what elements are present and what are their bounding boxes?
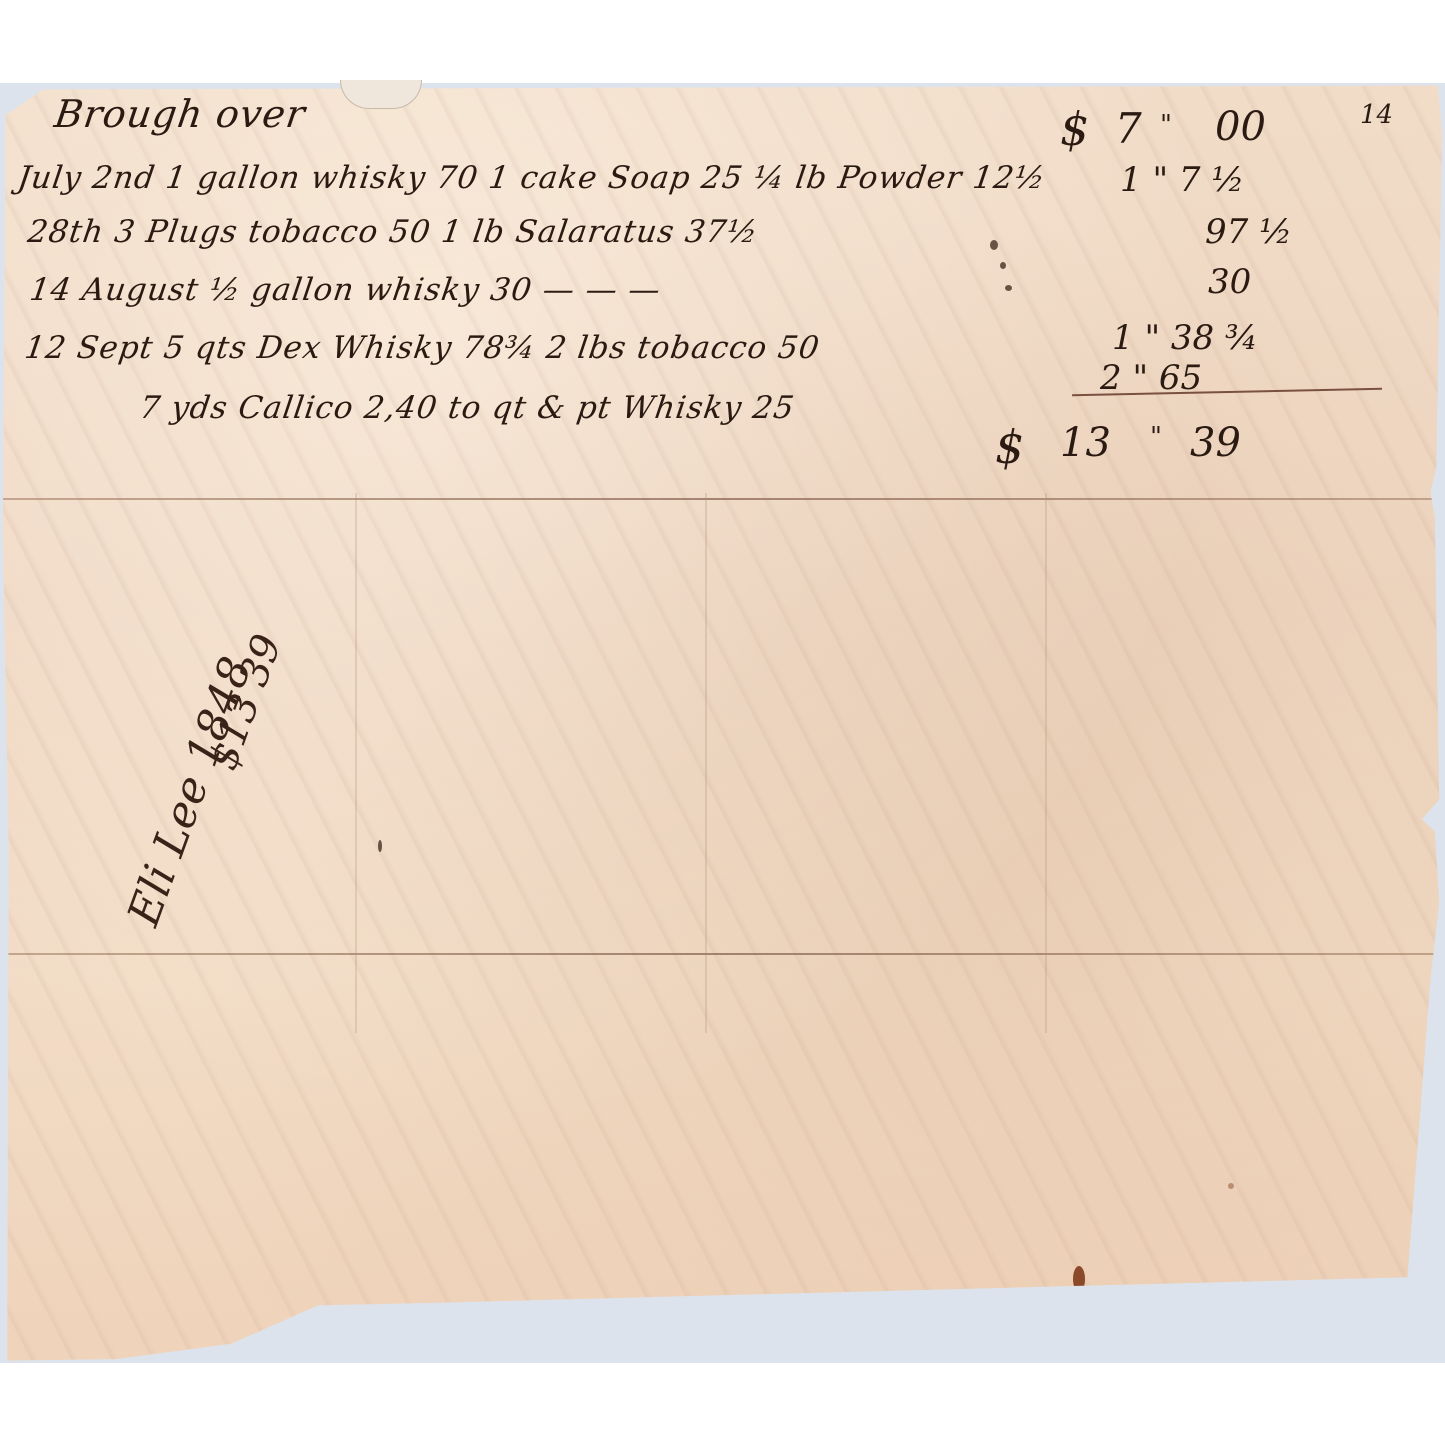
entry-amount-2: 97 ½ — [1205, 212, 1292, 252]
fold-line-left — [355, 493, 357, 1033]
entry-amount-3: 30 — [1208, 262, 1251, 302]
fold-line-center — [705, 493, 707, 1033]
entry-amount-1: 1 " 7 ½ — [1120, 160, 1244, 200]
ink-blot — [990, 240, 998, 250]
fold-line-upper — [0, 498, 1445, 500]
brought-forward-cents: 00 — [1215, 104, 1266, 150]
entry-amount-4: 1 " 38 ¾ — [1112, 318, 1258, 358]
total-dollar-sign: $ — [995, 420, 1024, 474]
header-brought-over: Brough over — [52, 92, 309, 136]
brought-forward-dollar-sign: $ — [1060, 102, 1089, 156]
entry-line-5: 7 yds Callico 2,40 to qt & pt Whisky 25 — [137, 390, 796, 426]
ink-blot — [1000, 262, 1006, 269]
ink-blot — [1005, 285, 1012, 291]
total-cents: 39 — [1190, 420, 1241, 466]
brought-forward-separator: " — [1160, 110, 1172, 140]
fold-line-right — [1045, 493, 1047, 1033]
entry-line-3: 14 August ½ gallon whisky 30 — — — — [27, 272, 663, 308]
fold-line-lower — [0, 953, 1445, 955]
header-note: 14 — [1360, 100, 1393, 130]
entry-line-2: 28th 3 Plugs tobacco 50 1 lb Salaratus 3… — [25, 214, 760, 250]
entry-line-4: 12 Sept 5 qts Dex Whisky 78¾ 2 lbs tobac… — [22, 330, 822, 366]
total-separator: " — [1150, 422, 1162, 452]
ink-speck — [1228, 1183, 1234, 1189]
entry-line-1: July 2nd 1 gallon whisky 70 1 cake Soap … — [15, 160, 1048, 196]
ink-blot — [378, 840, 382, 852]
total-dollars: 13 — [1060, 420, 1111, 466]
brought-forward-dollars: 7 — [1115, 104, 1142, 153]
